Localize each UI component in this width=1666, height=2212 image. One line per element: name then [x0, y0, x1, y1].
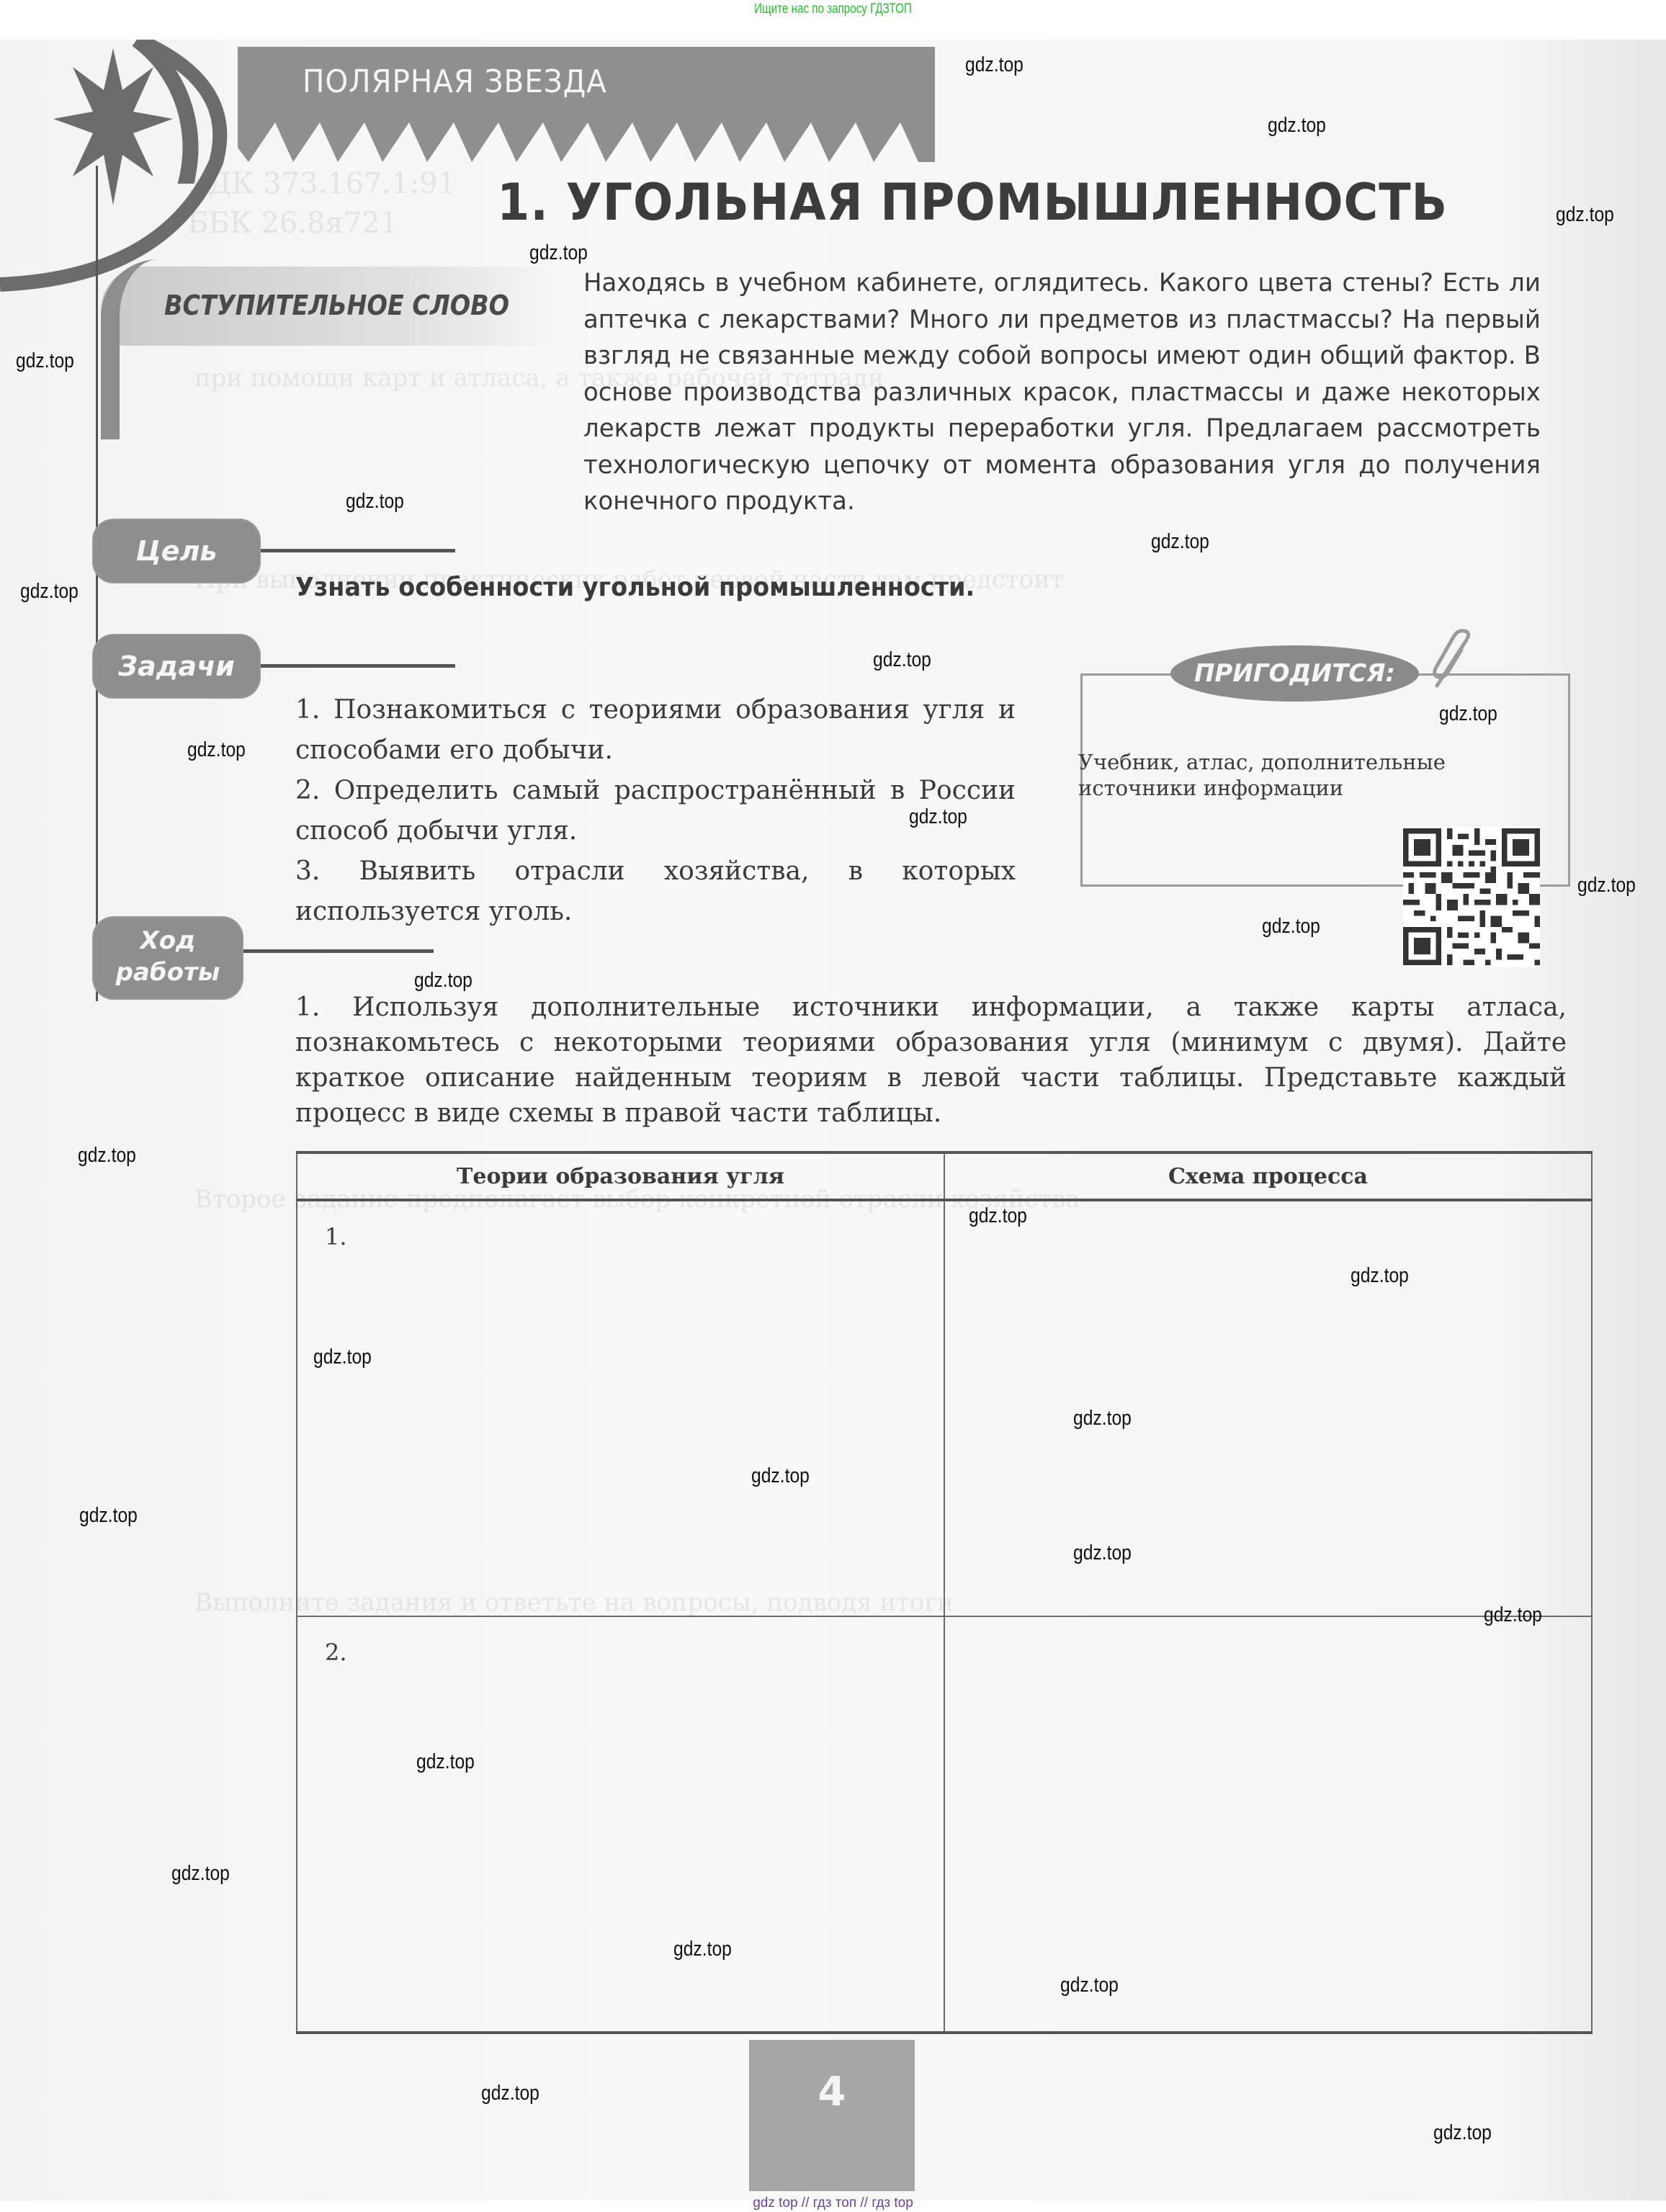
watermark: gdz.top	[79, 1504, 138, 1528]
watermark: gdz.top	[481, 2082, 539, 2105]
watermark: gdz.top	[78, 1144, 136, 1168]
watermark: gdz.top	[171, 1862, 230, 1886]
goal-tab: Цель	[92, 519, 261, 583]
work-divider	[243, 949, 434, 953]
watermark: gdz.top	[673, 1938, 732, 1961]
useful-label-text: ПРИГОДИТСЯ:	[1194, 659, 1395, 688]
work-tab-label-line2: работы	[92, 957, 243, 988]
intro-text: Находясь в учебном кабинете, оглядитесь.…	[583, 265, 1541, 520]
watermark: gdz.top	[1073, 1541, 1132, 1565]
intro-ribbon-curve	[101, 259, 170, 439]
watermark: gdz.top	[1351, 1264, 1409, 1288]
watermark: gdz.top	[1439, 702, 1497, 726]
intro-label: ВСТУПИТЕЛЬНОЕ СЛОВО	[164, 290, 509, 321]
search-hint-banner: Ищите нас по запросу ГДЗТОП	[166, 1, 1499, 17]
page-number: 4	[749, 2040, 915, 2191]
watermark: gdz.top	[1073, 1407, 1132, 1430]
watermark: gdz.top	[416, 1750, 475, 1774]
table-header-theories: Теории образования угля	[297, 1152, 944, 1200]
qr-code-icon[interactable]	[1403, 826, 1540, 967]
watermark: gdz.top	[909, 805, 967, 829]
watermark: gdz.top	[1060, 1974, 1119, 1997]
theory-cell[interactable]: 2.	[297, 1616, 944, 2033]
watermark: gdz.top	[1484, 1603, 1542, 1627]
goal-text: Узнать особенности угольной промышленнос…	[295, 573, 975, 602]
task-item: 3. Выявить отрасли хозяйства, в которых …	[295, 851, 1016, 932]
watermark: gdz.top	[1433, 2121, 1492, 2145]
paperclip-icon	[1430, 628, 1480, 693]
theory-cell[interactable]: 1.	[297, 1200, 944, 1616]
table-header-scheme: Схема процесса	[944, 1152, 1592, 1200]
task-item: 2. Определить самый распространённый в Р…	[295, 771, 1016, 851]
watermark: gdz.top	[1262, 915, 1320, 939]
left-timeline-rule	[96, 166, 98, 1001]
watermark: gdz.top	[965, 53, 1024, 77]
tasks-list: 1. Познакомиться с теориями образования …	[295, 690, 1016, 932]
watermark: gdz.top	[20, 580, 79, 604]
scheme-cell[interactable]	[944, 1200, 1592, 1616]
series-title: ПОЛЯРНАЯ ЗВЕЗДА	[303, 63, 607, 100]
useful-text: Учебник, атлас, дополнительные источники…	[1078, 749, 1568, 801]
watermark: gdz.top	[873, 648, 931, 672]
work-tab: Ход работы	[92, 916, 243, 1000]
watermark: gdz.top	[1268, 114, 1326, 138]
watermark: gdz.top	[1556, 203, 1614, 227]
footer-links[interactable]: gdz top // гдз топ // гдз top	[0, 2195, 1666, 2211]
watermark: gdz.top	[313, 1345, 372, 1369]
useful-label: ПРИГОДИТСЯ:	[1170, 645, 1419, 702]
table-row: 1.	[297, 1200, 1592, 1616]
watermark: gdz.top	[969, 1204, 1027, 1228]
lesson-title: 1. УГОЛЬНАЯ ПРОМЫШЛЕННОСТЬ	[497, 173, 1448, 232]
tasks-divider	[261, 664, 455, 668]
goal-divider	[261, 549, 455, 552]
watermark: gdz.top	[1577, 874, 1636, 897]
watermark: gdz.top	[751, 1464, 810, 1488]
scheme-cell[interactable]	[944, 1616, 1592, 2033]
watermark: gdz.top	[414, 969, 473, 993]
task-item: 1. Познакомиться с теориями образования …	[295, 690, 1016, 771]
tasks-tab: Задачи	[92, 634, 261, 699]
tasks-tab-label: Задачи	[118, 650, 235, 682]
watermark: gdz.top	[529, 241, 588, 265]
watermark: gdz.top	[346, 490, 404, 514]
watermark: gdz.top	[1151, 530, 1209, 554]
watermark: gdz.top	[187, 738, 246, 762]
table-row: 2.	[297, 1616, 1592, 2033]
work-tab-label-line1: Ход	[92, 925, 243, 957]
watermark: gdz.top	[16, 349, 74, 373]
goal-tab-label: Цель	[136, 535, 218, 567]
work-task-1: 1. Используя дополнительные источники ин…	[295, 990, 1567, 1131]
